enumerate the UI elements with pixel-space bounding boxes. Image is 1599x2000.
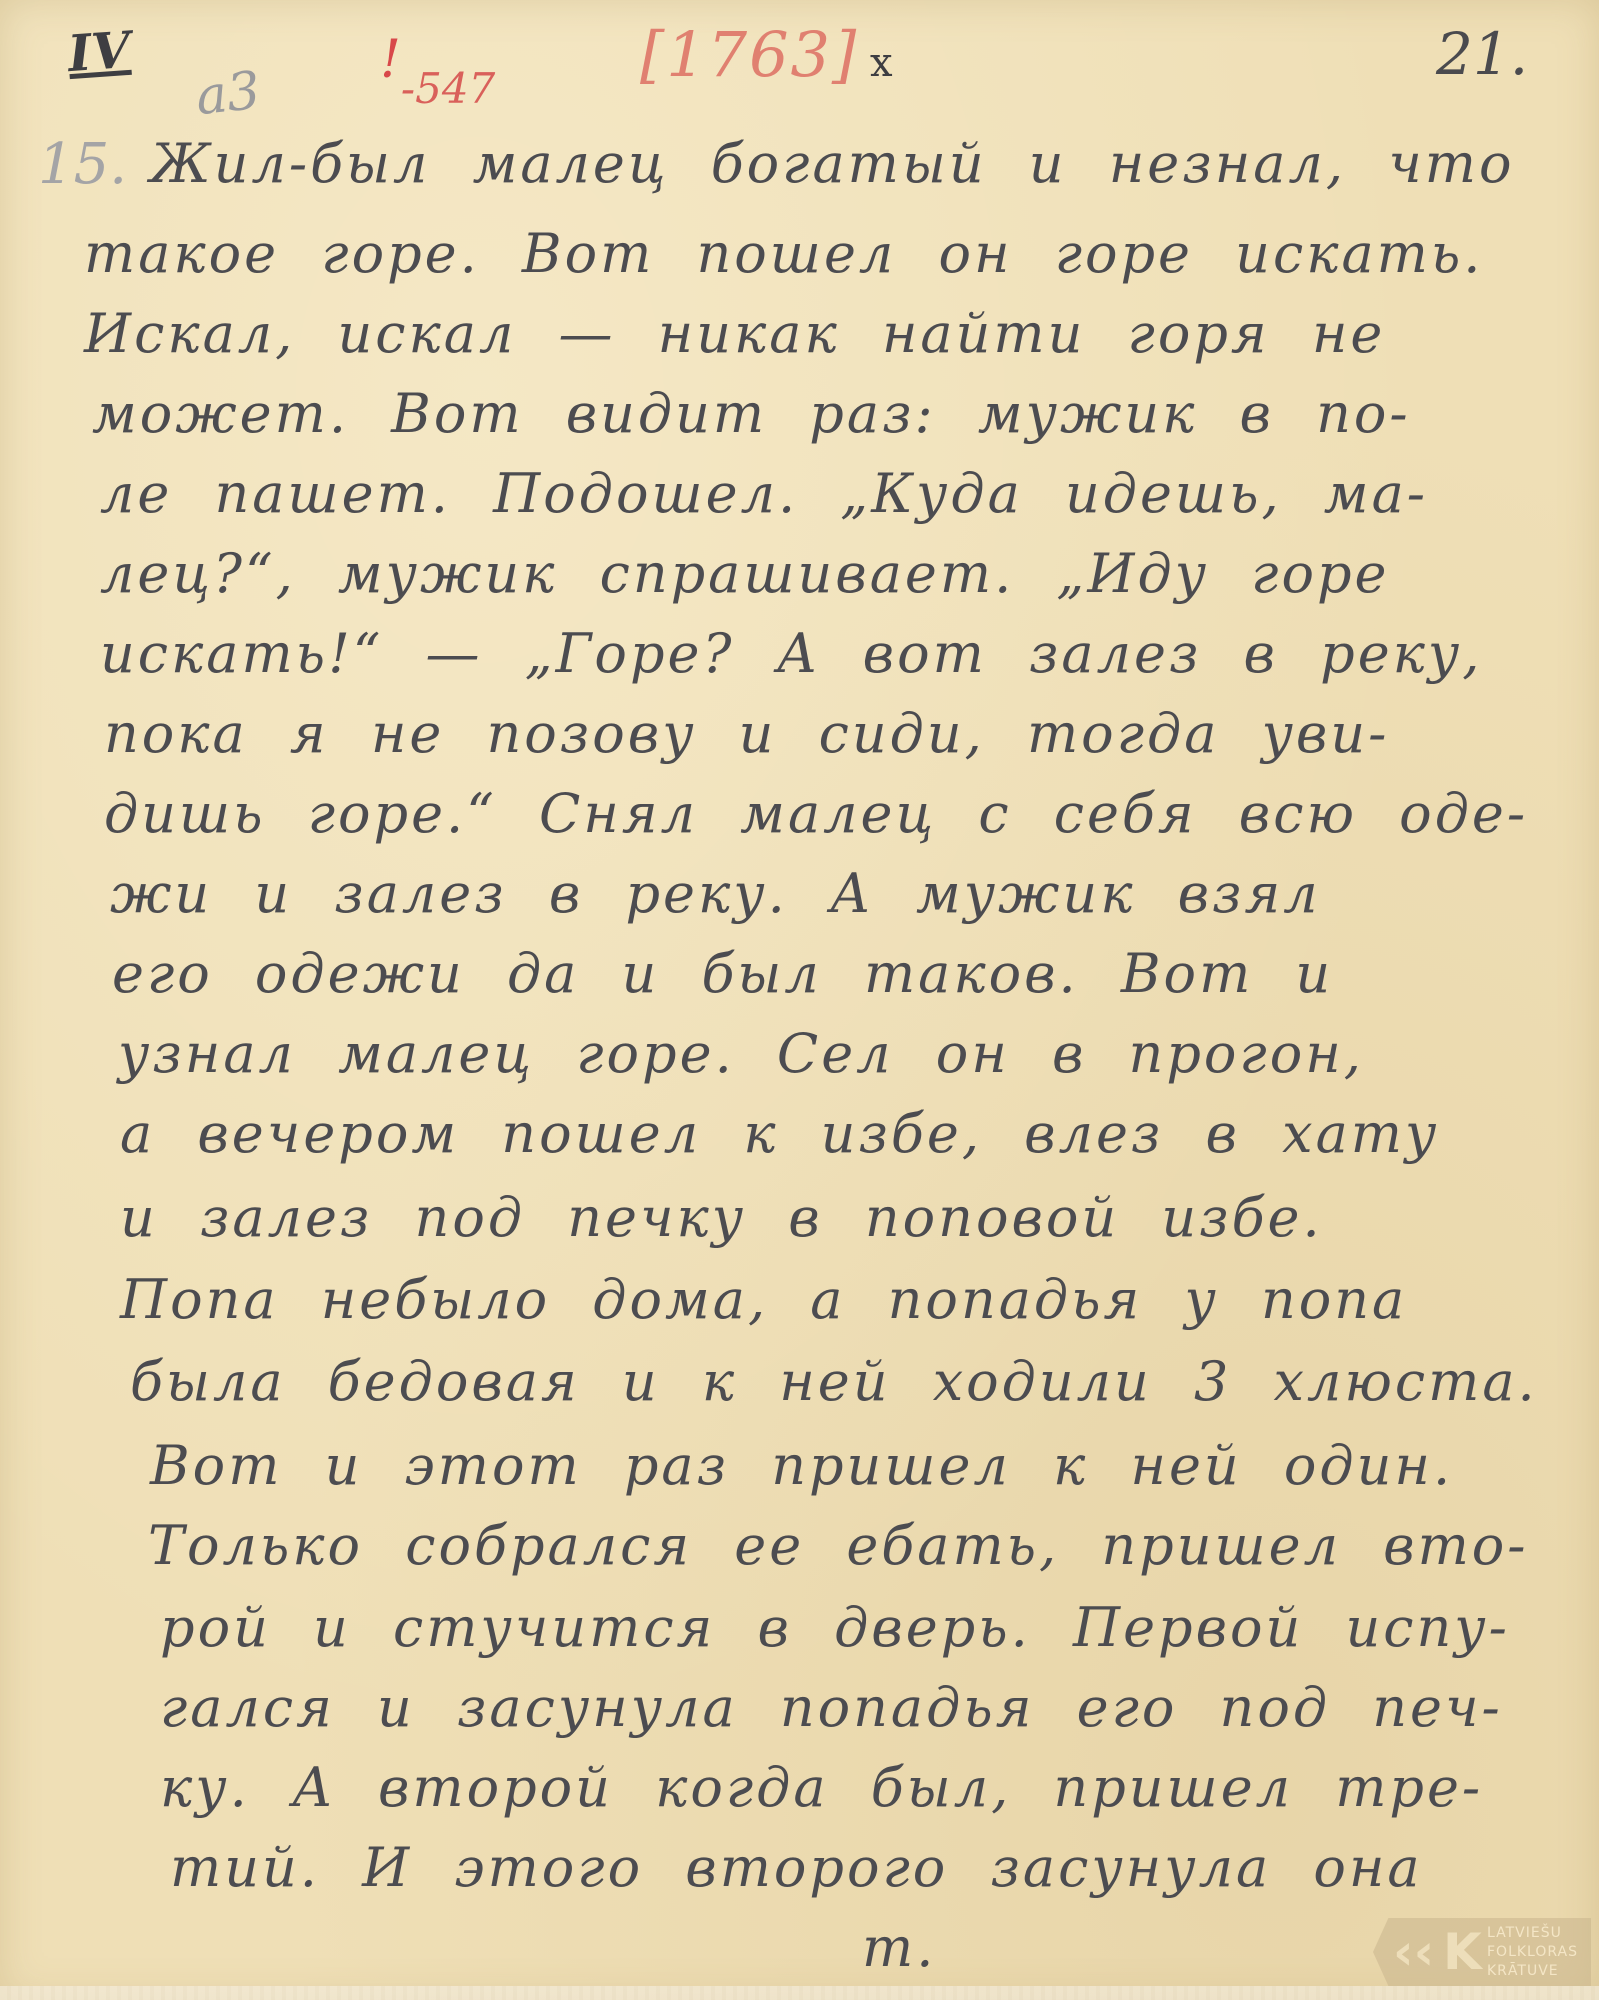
manuscript-page: IV a3 !-547 [1763] x 21. 15. Жил-был мал… xyxy=(0,0,1599,2000)
text-line: тий. И этого второго засунула она xyxy=(170,1836,1423,1899)
logo-line: KRĀTUVE xyxy=(1487,1962,1591,1981)
text-line: Попа небыло дома, а попадья у попа xyxy=(120,1268,1407,1331)
text-line-signature: т. xyxy=(862,1916,936,1979)
text-line: дишь горе.“ Снял малец с себя всю оде- xyxy=(104,782,1528,845)
text-line: ле пашет. Подошел. „Куда идешь, ма- xyxy=(100,462,1428,525)
logo-line: FOLKLORAS xyxy=(1487,1943,1591,1962)
text-line: Жил-был малец богатый и незнал, что xyxy=(150,132,1515,195)
text-line: искать!“ — „Горе? А вот залез в реку, xyxy=(100,622,1482,685)
bracketed-catalog-number: [1763] xyxy=(640,18,858,91)
text-line: узнал малец горе. Сел он в прогон, xyxy=(118,1022,1364,1085)
logo-mark-text: K xyxy=(1443,1924,1482,1980)
text-line: ку. А второй когда был, пришел тре- xyxy=(160,1756,1483,1819)
pencil-annotation: a3 xyxy=(193,61,263,127)
text-line: Вот и этот раз пришел к ней один. xyxy=(150,1434,1453,1497)
red-number: -547 xyxy=(401,64,495,113)
text-line: была бедовая и к ней ходили 3 хлюста. xyxy=(130,1350,1538,1413)
red-exclamation-annotation: !-547 xyxy=(380,30,495,90)
text-line: лец?“, мужик спрашивает. „Иду горе xyxy=(100,542,1390,605)
text-line: пока я не позову и сиди, тогда уви- xyxy=(104,702,1389,765)
text-line: его одежи да и был таков. Вот и xyxy=(112,942,1333,1005)
x-mark: x xyxy=(870,40,893,86)
text-line: жи и залез в реку. А мужик взял xyxy=(110,862,1321,925)
lfk-logo-icon: ‹‹ K xyxy=(1373,1918,1483,1986)
text-line: а вечером пошел к избе, влез в хату xyxy=(120,1102,1439,1165)
text-line: и залез под печку в поповой избе. xyxy=(120,1186,1323,1249)
text-line: гался и засунула попадья его под печ- xyxy=(160,1676,1503,1739)
red-exclamation: ! xyxy=(380,30,401,90)
logo-line: LATVIEŠU xyxy=(1487,1924,1591,1943)
archive-watermark-logo: ‹‹ K LATVIEŠU FOLKLORAS KRĀTUVE xyxy=(1373,1918,1591,1986)
roman-numeral-annotation: IV xyxy=(66,20,132,83)
text-line: Искал, искал — никак найти горя не xyxy=(84,302,1385,365)
page-number: 21. xyxy=(1436,20,1528,88)
text-line: рой и стучится в дверь. Первой испу- xyxy=(160,1596,1510,1659)
text-line: может. Вот видит раз: мужик в по- xyxy=(92,382,1411,445)
margin-item-number: 15. xyxy=(38,132,127,197)
text-line: Только собрался ее ебать, пришел вто- xyxy=(148,1514,1529,1577)
logo-text: LATVIEŠU FOLKLORAS KRĀTUVE xyxy=(1483,1918,1591,1986)
text-line: такое горе. Вот пошел он горе искать. xyxy=(84,222,1483,285)
